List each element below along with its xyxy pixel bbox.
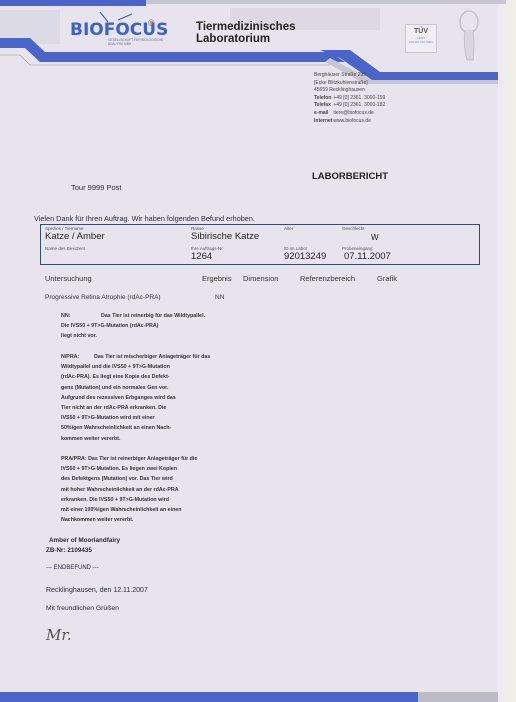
thanks-text: Vielen Dank für Ihren Auftrag. Wir haben… <box>34 214 255 223</box>
footer-bar-grey <box>418 692 498 702</box>
explanation-line: Das Tier ist reinerbiger Anlageträger fü… <box>88 456 197 462</box>
lab-title: Tiermedizinisches Laboratorium <box>196 21 296 45</box>
explanation-key: NN: <box>61 311 91 321</box>
result-value: NN <box>215 294 224 301</box>
explanation-line: Das Tier ist mischerbiger Anlageträger f… <box>94 354 210 360</box>
fax-value: +49 [0] 2361. 3000-182 <box>333 102 385 108</box>
address-street: Berghäuser Straße 295 <box>314 72 385 80</box>
tuev-cert-badge: TÜV CERT DIN EN ISO 9001 <box>405 24 437 53</box>
statue-icon <box>455 8 485 63</box>
explanation-line: gens (Mutation) und ein normales Gen vor… <box>61 383 210 393</box>
col-header-reference: Referenzbereich <box>300 274 355 283</box>
header-graphic <box>0 0 516 100</box>
tour-info: Tour 9999 Post <box>71 183 121 192</box>
address-city: 45659 Recklinghausen <box>314 87 385 95</box>
lab-address: Berghäuser Straße 295 [Ecke Blitzkuhlens… <box>314 72 385 125</box>
explanation-line: erkranken. Die IVS50 + 9T>G-Mutation wir… <box>61 495 197 505</box>
patient-info-box: Spezies / Tiername Katze / Amber Name de… <box>40 224 480 265</box>
explanation-line: 50%igen Wahrscheinlichkeit an einen Nach… <box>61 423 210 433</box>
explanation-key: PRA/PRA: <box>61 456 87 462</box>
explanation-line: Das Tier ist reinerbig für das Wildtypal… <box>101 313 205 319</box>
lab-title-line2: Laboratorium <box>196 33 296 45</box>
paper-edge <box>498 0 516 702</box>
breed-value: Sibirische Katze <box>191 231 259 242</box>
explanation-line: des Defektgens (Mutation) vor. Das Tier … <box>61 474 197 484</box>
explanation-npra: N/PRA:Das Tier ist mischerbiger Anlagetr… <box>61 352 210 444</box>
explanation-line: Wildtypallel und die IVS50 + 9T>G-Mutati… <box>61 362 210 372</box>
explanation-line: liegt nicht vor. <box>61 331 205 341</box>
col-header-result: Ergebnis <box>202 274 232 283</box>
registered-mark: ® <box>148 18 155 28</box>
zb-number: ZB-Nr: 2109435 <box>46 546 120 556</box>
explanation-line: Aufgrund des rezessiven Erbganges wird d… <box>61 393 210 403</box>
footer-bar-blue <box>0 692 418 702</box>
explanation-prapra: PRA/PRA: Das Tier ist reinerbiger Anlage… <box>61 454 197 525</box>
explanation-line: Tier nicht an der rdAc-PRA erkranken. Di… <box>61 403 210 413</box>
email-label: e-mail <box>314 110 332 118</box>
result-test-name: Progressive Retina Atrophie (rdAc-PRA) <box>45 294 161 301</box>
phone-label: Telefon <box>314 95 332 103</box>
owner-label: Name des Besitzers <box>45 246 85 251</box>
explanation-line: Nachkommen weiter vererbt. <box>61 515 197 525</box>
signature: Mr. <box>46 626 72 644</box>
explanation-line: IVS50 + 9T>G-Mutation. Es liegen zwei Ko… <box>61 464 197 474</box>
end-marker: --- ENDBEFUND --- <box>46 565 99 571</box>
fax-label: Telefax <box>314 102 332 110</box>
animal-name: Amber of Moorlandfairy <box>49 536 120 546</box>
web-label: Internet <box>314 118 332 126</box>
age-label: Alter <box>284 226 293 231</box>
place-date: Recklinghausen, den 12.11.2007 <box>46 587 148 594</box>
sex-label: Geschlecht <box>342 226 365 231</box>
lab-title-line1: Tiermedizinisches <box>196 21 296 33</box>
email-value: tiere@biofocus.de <box>333 110 373 116</box>
explanation-line: mit hoher Wahrscheinlichkeit an der rdAc… <box>61 485 197 495</box>
phone-value: +49 [0] 2361. 3000-159 <box>333 95 385 101</box>
explanation-line: Die IVS50 + 9T>G-Mutation (rdAc-PRA) <box>61 321 205 331</box>
sex-value: W <box>371 233 379 242</box>
received-value: 07.11.2007 <box>344 251 391 262</box>
web-value: www.biofocus.de <box>333 118 371 124</box>
greeting: Mit freundlichen Grüßen <box>46 605 119 612</box>
explanation-line: IVS50 + 9T>G-Mutation wird mit einer <box>61 413 210 423</box>
species-value: Katze / Amber <box>45 231 105 242</box>
col-header-dimension: Dimension <box>243 274 278 283</box>
order-value: 1264 <box>191 251 212 262</box>
animal-identity: Amber of Moorlandfairy ZB-Nr: 2109435 <box>49 536 120 556</box>
explanation-line: kommen weiter vererbt. <box>61 434 210 444</box>
address-corner: [Ecke Blitzkuhlenstraße] <box>314 80 385 88</box>
explanation-line: mit einer 100%igen Wahrscheinlichkeit an… <box>61 505 197 515</box>
labid-value: 92013249 <box>284 251 326 262</box>
col-header-test: Untersuchung <box>45 274 92 283</box>
explanation-key: N/PRA: <box>61 352 91 362</box>
logo-subtitle: Gesellschaft für biologische Analytik mb… <box>108 38 168 46</box>
tuev-norm: DIN EN ISO 9001 <box>406 40 436 44</box>
report-title: LABORBERICHT <box>312 171 388 182</box>
tuev-label: TÜV <box>406 28 436 36</box>
explanation-line: (rdAc-PRA). Es liegt eine Kopie des Defe… <box>61 372 210 382</box>
col-header-graphic: Grafik <box>377 274 397 283</box>
explanation-nn: NN:Das Tier ist reinerbig für das Wildty… <box>61 311 205 342</box>
